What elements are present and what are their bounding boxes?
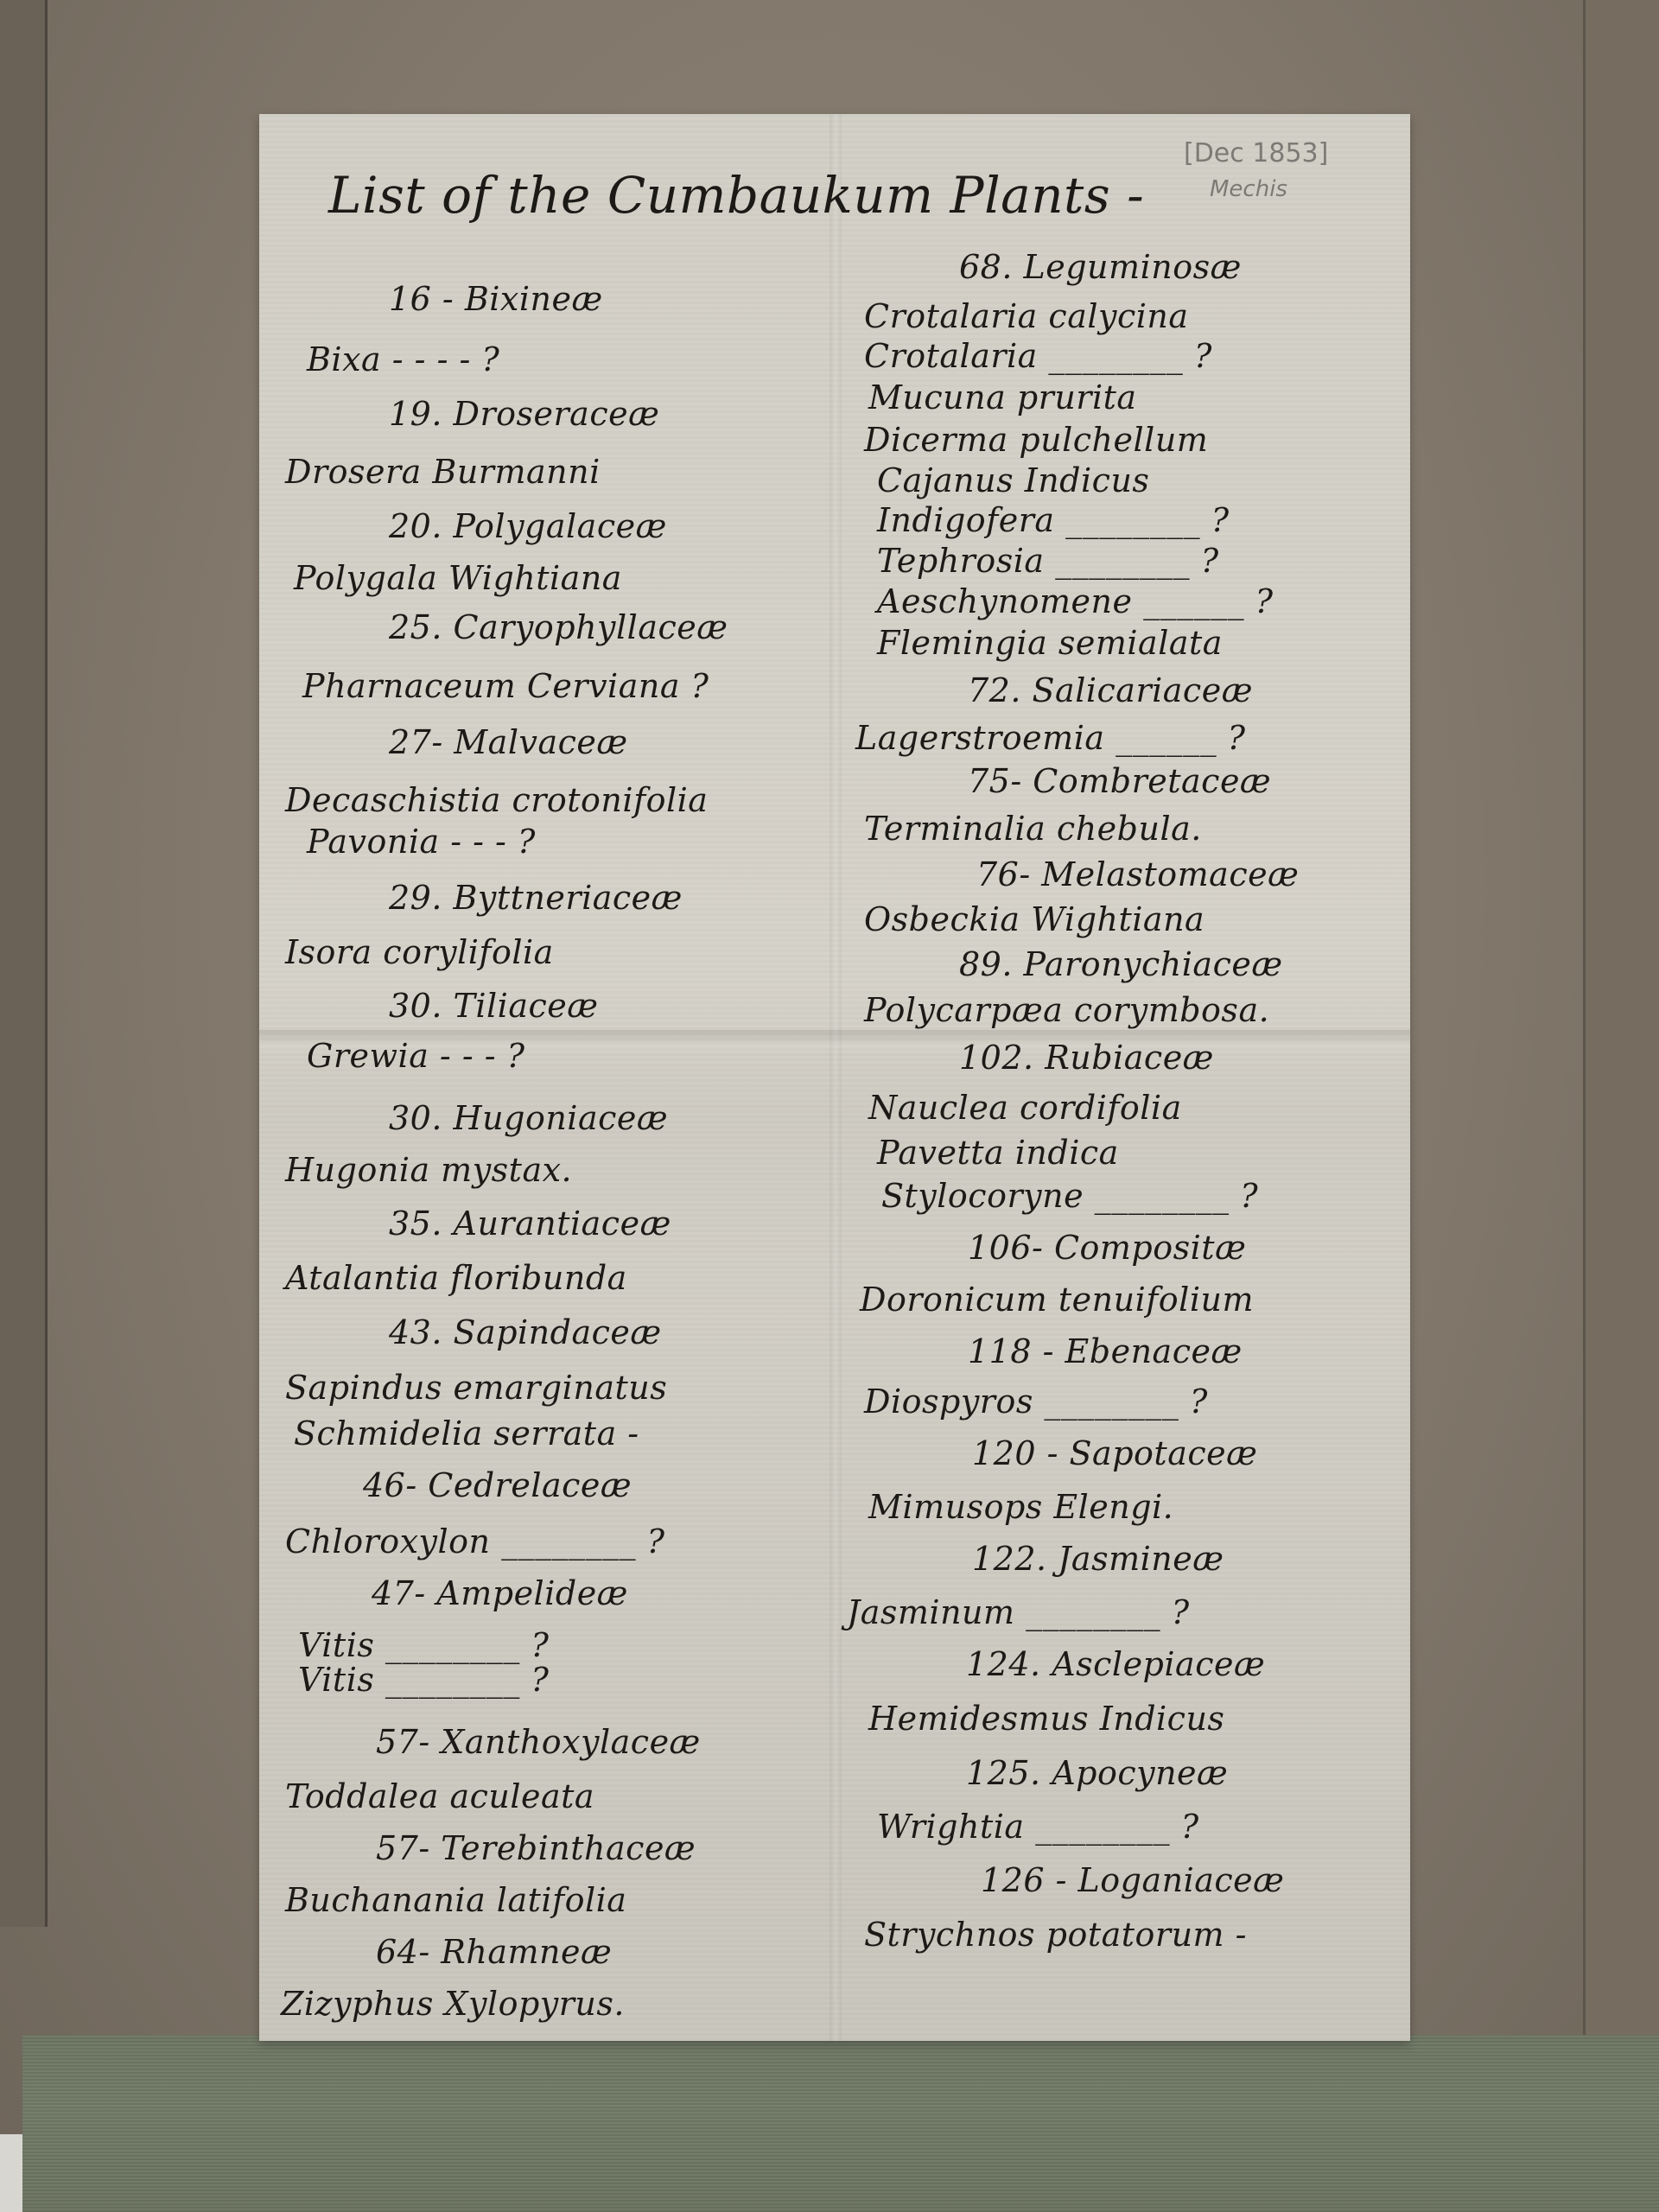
species-entry: Lagerstroemia ______ ? xyxy=(855,719,1246,757)
family-heading: 57- Terebinthaceæ xyxy=(376,1829,696,1867)
species-entry: Zizyphus Xylopyrus. xyxy=(281,1985,625,2023)
pencil-note-annotation: Mechis xyxy=(1210,176,1287,202)
family-heading: 68. Leguminosæ xyxy=(959,248,1242,286)
family-heading: 20. Polygalaceæ xyxy=(389,507,667,545)
species-entry: Mimusops Elengi. xyxy=(868,1488,1173,1526)
species-entry: Cajanus Indicus xyxy=(877,461,1149,499)
family-heading: 102. Rubiaceæ xyxy=(959,1039,1214,1077)
family-heading: 16 - Bixineæ xyxy=(389,280,603,318)
species-entry: Isora corylifolia xyxy=(285,933,554,971)
document-title: List of the Cumbaukum Plants - xyxy=(328,166,1144,225)
family-heading: 120 - Sapotaceæ xyxy=(972,1434,1257,1472)
species-entry: Diospyros ________ ? xyxy=(864,1382,1208,1421)
species-entry: Crotalaria ________ ? xyxy=(864,337,1212,375)
species-entry: Pavetta indica xyxy=(877,1134,1119,1172)
species-entry: Polygala Wightiana xyxy=(294,559,622,597)
species-entry: Nauclea cordifolia xyxy=(868,1089,1182,1127)
board-left-strip xyxy=(0,0,45,1927)
species-entry: Atalantia floribunda xyxy=(285,1259,627,1297)
species-entry: Strychnos potatorum - xyxy=(864,1916,1247,1954)
board-left-edge xyxy=(45,0,48,1927)
species-entry: Bixa - - - - ? xyxy=(307,340,499,378)
family-heading: 126 - Loganiaceæ xyxy=(981,1861,1284,1899)
species-entry: Jasminum ________ ? xyxy=(847,1593,1190,1631)
board-right-edge xyxy=(1583,0,1586,2039)
species-entry: Hemidesmus Indicus xyxy=(868,1700,1224,1738)
species-entry: Polycarpæa corymbosa. xyxy=(864,991,1269,1029)
species-entry: Vitis ________ ? xyxy=(298,1626,549,1664)
species-entry: Pharnaceum Cerviana ? xyxy=(302,667,709,705)
family-heading: 30. Tiliaceæ xyxy=(389,987,598,1025)
species-entry: Hugonia mystax. xyxy=(285,1151,572,1189)
family-heading: 76- Melastomaceæ xyxy=(976,855,1299,893)
species-entry: Chloroxylon ________ ? xyxy=(285,1522,665,1560)
species-entry: Crotalaria calycina xyxy=(864,297,1189,335)
cloth-binding xyxy=(22,2035,1659,2212)
family-heading: 19. Droseraceæ xyxy=(389,395,659,433)
board-right-strip xyxy=(1586,0,1659,2039)
family-heading: 47- Ampelideæ xyxy=(372,1574,628,1612)
species-entry: Grewia - - - ? xyxy=(307,1037,525,1075)
family-heading: 30. Hugoniaceæ xyxy=(389,1099,668,1137)
species-entry: Terminalia chebula. xyxy=(864,810,1202,848)
family-heading: 124. Asclepiaceæ xyxy=(966,1645,1265,1683)
species-entry: Toddalea aculeata xyxy=(285,1777,594,1815)
species-entry: Aeschynomene ______ ? xyxy=(877,582,1274,620)
vertical-fold xyxy=(829,114,842,2041)
family-heading: 57- Xanthoxylaceæ xyxy=(376,1723,701,1761)
species-entry: Buchanania latifolia xyxy=(285,1881,626,1919)
species-entry: Flemingia semialata xyxy=(877,624,1223,662)
family-heading: 72. Salicariaceæ xyxy=(968,671,1253,709)
family-heading: 64- Rhamneæ xyxy=(376,1933,612,1971)
species-entry: Schmidelia serrata - xyxy=(294,1414,639,1452)
white-page-edge xyxy=(0,2134,22,2212)
family-heading: 25. Caryophyllaceæ xyxy=(389,608,728,646)
manuscript-sheet: List of the Cumbaukum Plants - [Dec 1853… xyxy=(259,114,1410,2041)
family-heading: 118 - Ebenaceæ xyxy=(968,1332,1243,1370)
species-entry: Sapindus emarginatus xyxy=(285,1369,667,1407)
species-entry: Decaschistia crotonifolia xyxy=(285,781,708,819)
species-entry: Indigofera ________ ? xyxy=(877,501,1230,539)
family-heading: 43. Sapindaceæ xyxy=(389,1313,662,1351)
family-heading: 106- Compositæ xyxy=(968,1229,1246,1267)
species-entry: Vitis ________ ? xyxy=(298,1661,549,1699)
species-entry: Pavonia - - - ? xyxy=(307,823,536,861)
family-heading: 75- Combretaceæ xyxy=(968,762,1271,800)
family-heading: 122. Jasmineæ xyxy=(972,1540,1224,1578)
family-heading: 46- Cedrelaceæ xyxy=(363,1466,632,1504)
family-heading: 27- Malvaceæ xyxy=(389,723,628,761)
species-entry: Tephrosia ________ ? xyxy=(877,542,1219,580)
family-heading: 35. Aurantiaceæ xyxy=(389,1205,671,1243)
species-entry: Wrightia ________ ? xyxy=(877,1808,1199,1846)
pencil-date-annotation: [Dec 1853] xyxy=(1184,138,1328,168)
family-heading: 29. Byttneriaceæ xyxy=(389,879,683,917)
family-heading: 125. Apocyneæ xyxy=(966,1754,1228,1792)
family-heading: 89. Paronychiaceæ xyxy=(959,945,1283,983)
species-entry: Dicerma pulchellum xyxy=(864,421,1208,459)
species-entry: Doronicum tenuifolium xyxy=(860,1281,1254,1319)
species-entry: Mucuna prurita xyxy=(868,378,1137,416)
species-entry: Osbeckia Wightiana xyxy=(864,900,1205,938)
species-entry: Stylocoryne ________ ? xyxy=(881,1177,1258,1215)
species-entry: Drosera Burmanni xyxy=(285,453,601,491)
